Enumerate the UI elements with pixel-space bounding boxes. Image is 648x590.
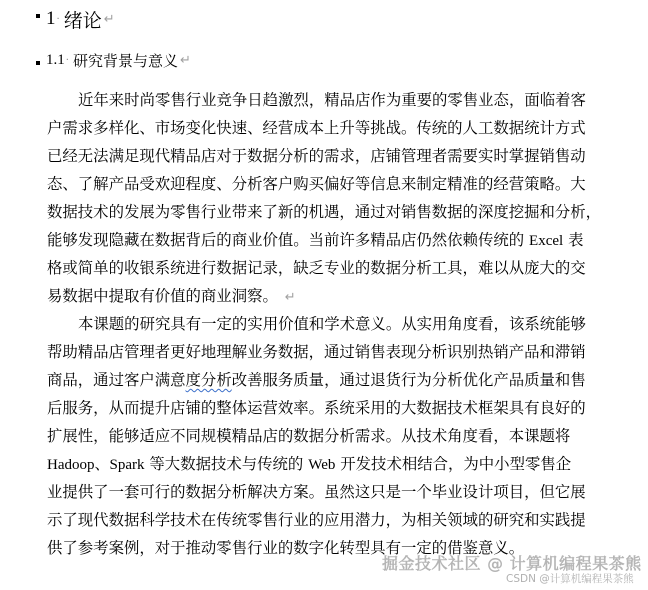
line-text: 易数据中提取有价值的商业洞察。 [47,287,278,305]
heading-number: 1.1 [46,52,65,69]
paragraph-mark-icon: ↵ [104,12,115,27]
paragraph-line[interactable]: 业提供了一套可行的数据分析解决方案。虽然这只是一个毕业设计项目，但它展 [47,482,586,502]
heading-1[interactable]: 1 · 绪论 ↵ [36,6,115,32]
heading-number: 1 [46,8,56,30]
heading-2[interactable]: 1.1 · 研究背景与意义 ↵ [36,49,191,71]
latin-term: Excel [529,233,563,249]
paragraph-mark-icon: ↵ [285,290,296,305]
paragraph-line[interactable]: 本课题的研究具有一定的实用价值和学术意义。从实用角度看，该系统能够 [78,314,586,334]
latin-term: Hadoop、Spark [47,457,145,473]
document-page: 1 · 绪论 ↵ 1.1 · 研究背景与意义 ↵ 近年来时尚零售行业竞争日趋激烈… [0,0,648,590]
paragraph-line[interactable]: 帮助精品店管理者更好地理解业务数据，通过销售表现分析识别热销产品和滞销 [47,342,586,362]
paragraph-line[interactable]: 能够发现隐藏在数据背后的商业价值。当前许多精品店仍然依赖传统的 Excel 表 [47,230,584,250]
heading-bullet-marker [36,61,40,65]
heading-title: 研究背景与意义 [73,50,178,71]
space-marker: · [57,14,60,25]
paragraph-line[interactable]: 态、了解产品受欢迎程度、分析客户购买偏好等信息来制定精准的经营策略。大 [47,174,586,194]
line-text: 等大数据技术与传统的 [149,455,303,473]
paragraph-line[interactable]: 数据技术的发展为零售行业带来了新的机遇，通过对销售数据的深度挖掘和分析， [47,202,601,222]
paragraph-line[interactable]: 近年来时尚零售行业竞争日趋激烈，精品店作为重要的零售业态，面临着客 [78,90,586,110]
paragraph-line[interactable]: 格或简单的收银系统进行数据记录，缺乏专业的数据分析工具，难以从庞大的交 [47,258,586,278]
paragraph-line[interactable]: 后服务，从而提升店铺的整体运营效率。系统采用的大数据技术框架具有良好的 [47,398,586,418]
watermark-csdn: CSDN @计算机编程果茶熊 [506,571,634,586]
paragraph-line[interactable]: 已经无法满足现代精品店对于数据分析的需求，店铺管理者需要实时掌握销售动 [47,146,586,166]
space-marker: · [66,55,69,66]
line-text: 能够发现隐藏在数据背后的商业价值。当前许多精品店仍然依赖传统的 [47,231,524,249]
paragraph-mark-icon: ↵ [180,53,191,68]
paragraph-line[interactable]: 示了现代数据科学技术在传统零售行业的应用潜力，为相关领域的研究和实践提 [47,510,586,530]
heading-title: 绪论 [64,6,102,33]
paragraph-line[interactable]: 户需求多样化、市场变化快速、经营成本上升等挑战。传统的人工数据统计方式 [47,118,586,138]
heading-bullet-marker [36,14,40,18]
line-text: 开发技术相结合，为中小型零售企 [340,455,571,473]
line-text: 改善服务质量，通过退货行为分析优化产品质量和售 [232,371,586,389]
paragraph-line[interactable]: 扩展性，能够适应不同规模精品店的数据分析需求。从技术角度看，本课题将 [47,426,570,446]
line-text: 表 [568,231,583,249]
line-text: 商品，通过客户满意 [47,371,186,389]
paragraph-line[interactable]: 易数据中提取有价值的商业洞察。 ↵ [47,286,296,306]
paragraph-line[interactable]: 商品，通过客户满意度分析改善服务质量，通过退货行为分析优化产品质量和售 [47,370,586,390]
latin-term: Web [308,457,335,473]
paragraph-line[interactable]: Hadoop、Spark 等大数据技术与传统的 Web 开发技术相结合，为中小型… [47,454,571,474]
grammar-check-underline[interactable]: 度分析 [186,371,232,389]
